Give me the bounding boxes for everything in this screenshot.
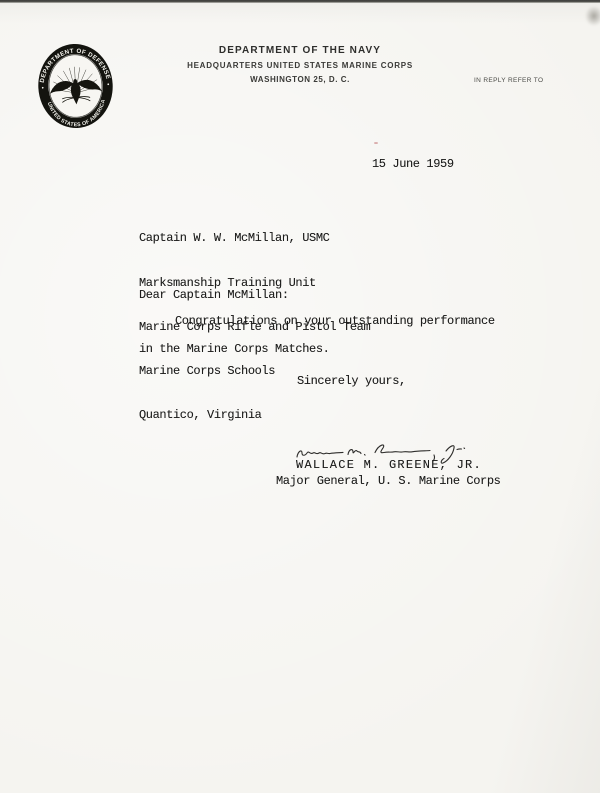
recipient-line: Quantico, Virginia	[139, 408, 370, 423]
salutation: Dear Captain McMillan:	[139, 288, 289, 303]
body-line: in the Marine Corps Matches.	[139, 342, 329, 357]
signature-typed-name: WALLACE M. GREENE, JR.	[296, 458, 482, 473]
scan-speck	[374, 142, 378, 144]
scan-top-edge	[0, 0, 600, 3]
recipient-line: Captain W. W. McMillan, USMC	[139, 231, 370, 246]
letterhead-department-line: DEPARTMENT OF THE NAVY	[0, 46, 600, 56]
signature-title-line: Major General, U. S. Marine Corps	[276, 474, 500, 489]
letter-date: 15 June 1959	[372, 157, 454, 172]
scanned-letter-page: DEPARTMENT OF DEFENSE UNITED STATES OF A…	[0, 0, 600, 793]
reply-refer-label: IN REPLY REFER TO	[474, 77, 543, 84]
letterhead-headquarters-line: HEADQUARTERS UNITED STATES MARINE CORPS	[0, 62, 600, 70]
body-line: Congratulations on your outstanding perf…	[175, 314, 495, 329]
closing: Sincerely yours,	[297, 374, 406, 389]
scan-smudge	[585, 6, 600, 26]
